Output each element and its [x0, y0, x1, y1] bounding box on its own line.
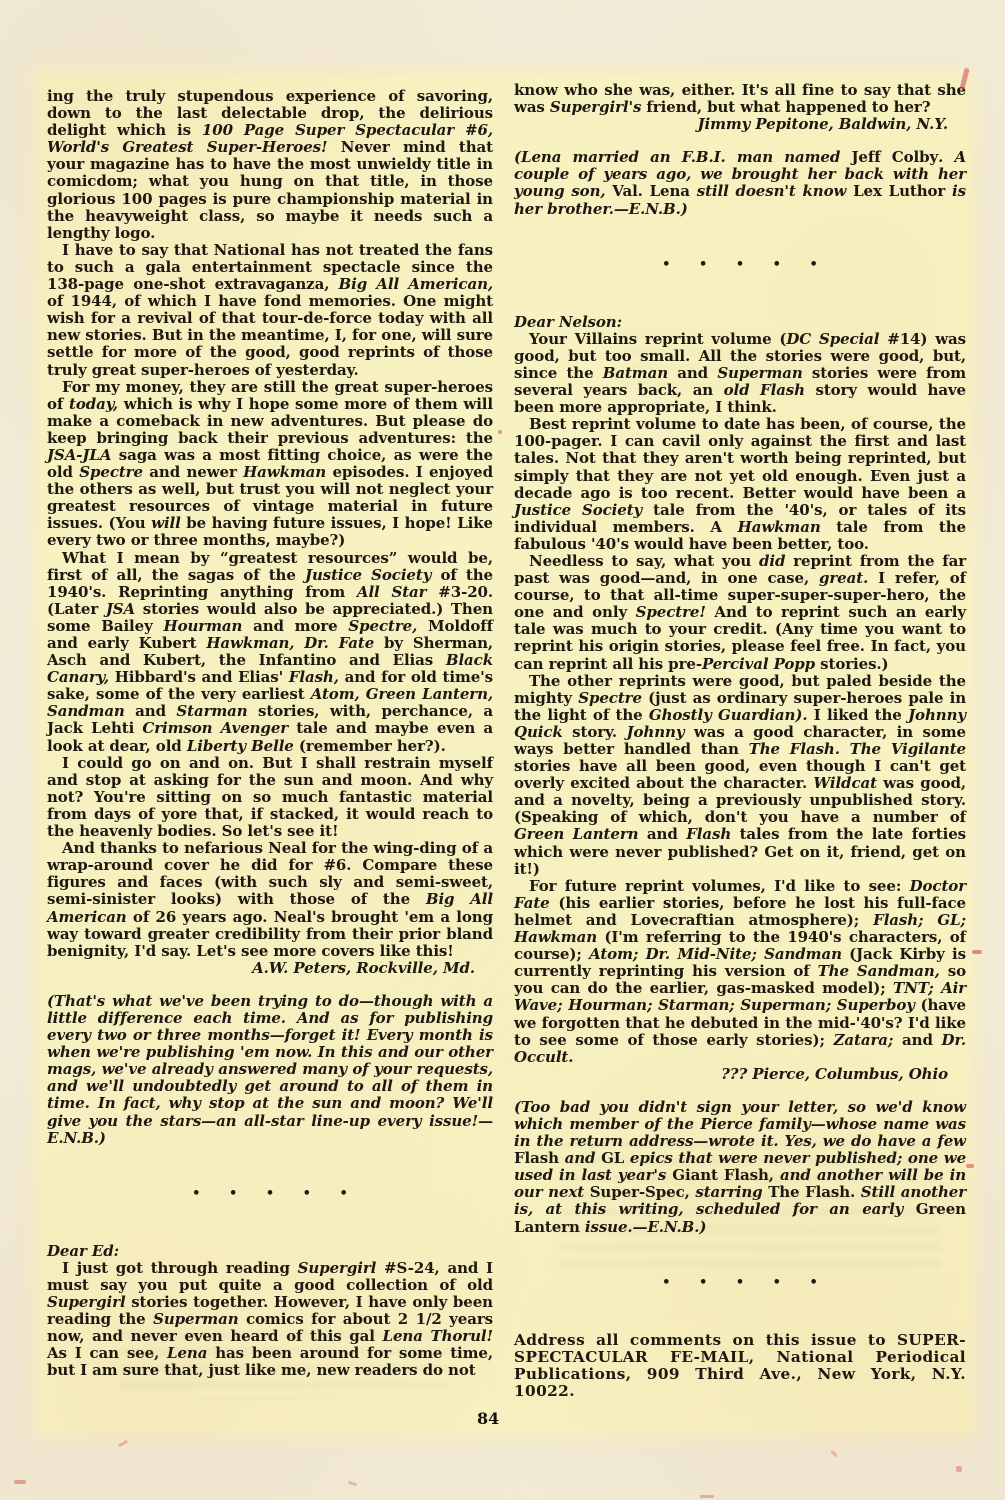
letter-signature: A.W. Peters, Rockville, Md. — [47, 960, 493, 977]
paper-speck — [956, 1466, 962, 1472]
separator-dots: • • • • • — [514, 1276, 966, 1290]
letter-paragraph: I just got through reading Supergirl #S-… — [47, 1260, 493, 1380]
letter-signature: Jimmy Pepitone, Baldwin, N.Y. — [514, 116, 966, 133]
editor-reply: (That's what we've been trying to do—tho… — [47, 993, 493, 1147]
separator-dots: • • • • • — [514, 258, 966, 272]
paper-speck — [348, 1481, 357, 1487]
paper-speck — [118, 1440, 128, 1448]
letter-salutation: Dear Ed: — [47, 1243, 493, 1260]
letter-paragraph: Your Villains reprint volume (DC Special… — [514, 331, 966, 416]
letter-signature: ??? Pierce, Columbus, Ohio — [514, 1066, 966, 1083]
letter-paragraph: For future reprint volumes, I'd like to … — [514, 878, 966, 1066]
right-column: know who she was, either. It's all fine … — [514, 82, 966, 1400]
letter-paragraph: Best reprint volume to date has been, of… — [514, 416, 966, 553]
editor-reply: (Too bad you didn't sign your letter, so… — [514, 1099, 966, 1236]
separator-dots: • • • • • — [47, 1187, 493, 1201]
page-number: 84 — [477, 1410, 499, 1428]
letter-paragraph: And thanks to nefarious Neal for the win… — [47, 840, 493, 960]
address-instructions: Address all comments on this issue to SU… — [514, 1332, 966, 1400]
paper-speck — [830, 1450, 838, 1458]
paper-speck — [972, 950, 982, 954]
letter-paragraph: Needless to say, what you did reprint fr… — [514, 553, 966, 673]
letter-paragraph: The other reprints were good, but paled … — [514, 673, 966, 878]
letters-page: { "page": { "number": "84", "separator_d… — [0, 0, 1005, 1500]
letter-paragraph: know who she was, either. It's all fine … — [514, 82, 966, 116]
letter-paragraph: For my money, they are still the great s… — [47, 379, 493, 550]
paper-speck — [700, 1495, 714, 1498]
letter-paragraph: I could go on and on. But I shall restra… — [47, 755, 493, 840]
editor-reply: (Lena married an F.B.I. man named Jeff C… — [514, 149, 966, 217]
letter-paragraph: I have to say that National has not trea… — [47, 242, 493, 379]
paper-speck — [14, 1480, 26, 1484]
left-column: ing the truly stupendous experience of s… — [47, 88, 493, 1379]
letter-salutation: Dear Nelson: — [514, 314, 966, 331]
letter-paragraph: What I mean by “greatest resources” woul… — [47, 550, 493, 755]
letter-paragraph: ing the truly stupendous experience of s… — [47, 88, 493, 242]
